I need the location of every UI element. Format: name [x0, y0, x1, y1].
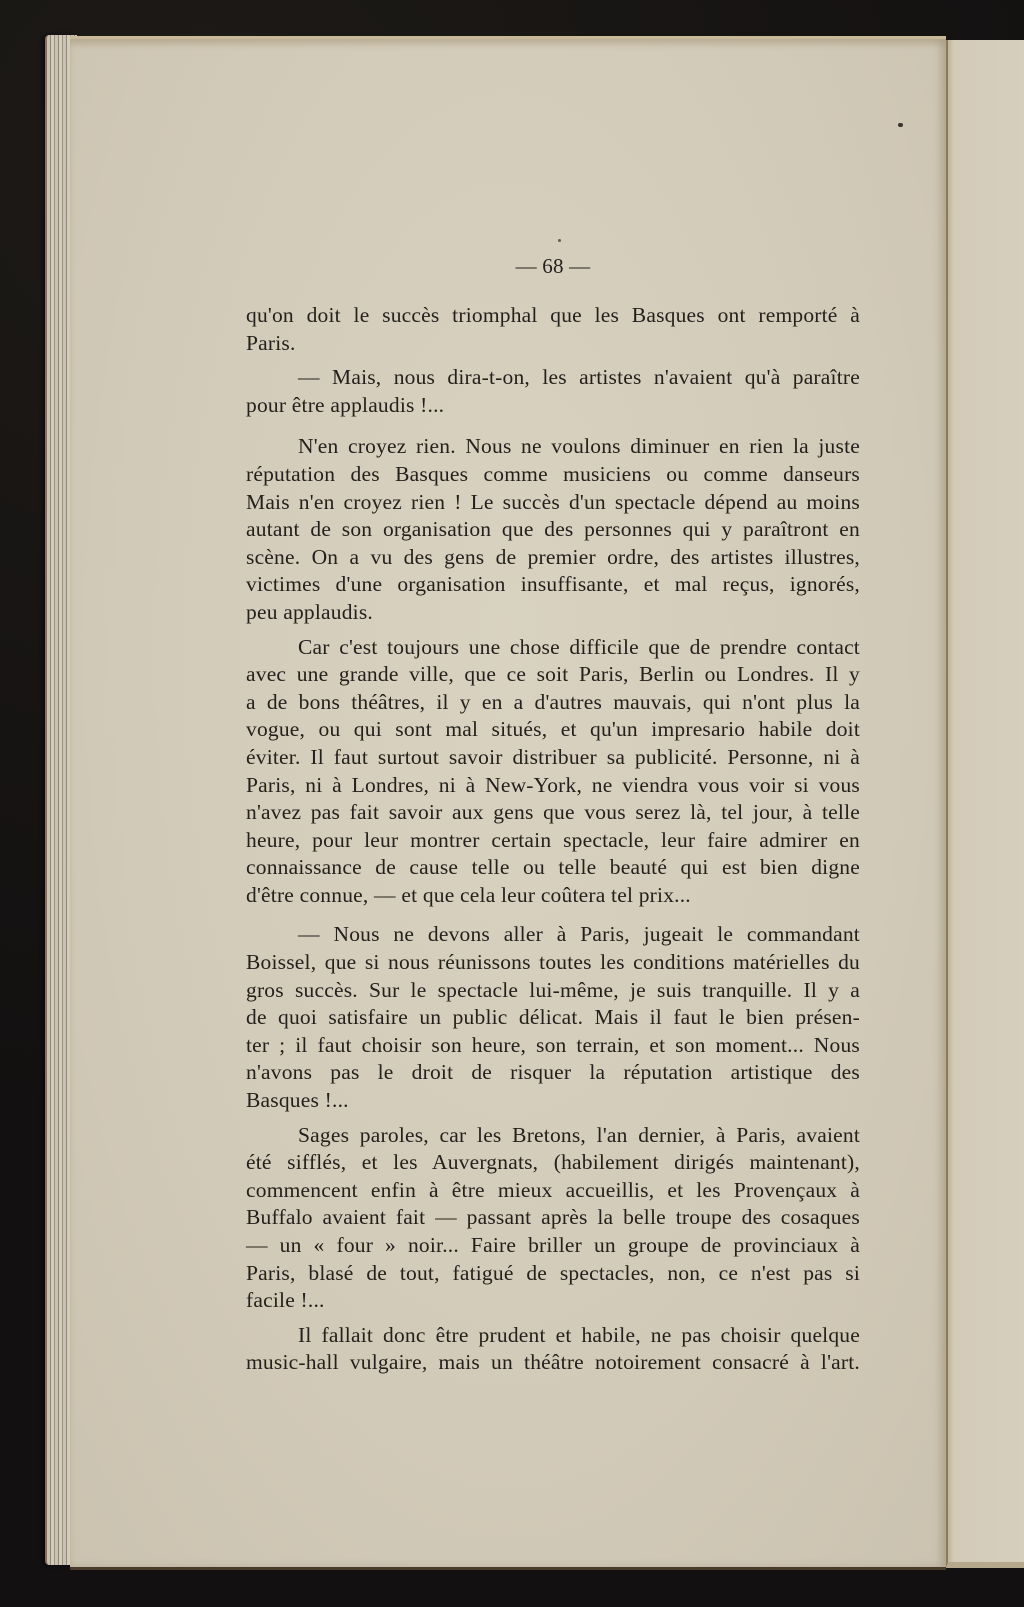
paragraph: Il fallait donc être prudent et habile, … [246, 1322, 860, 1377]
paragraph: Sages paroles, car les Bretons, l'an der… [246, 1122, 860, 1315]
paragraph: qu'on doit le succès triomphal que les B… [246, 302, 860, 357]
paragraph: — Nous ne devons aller à Paris, jugeait … [246, 921, 860, 1114]
text-line: N'en croyez rien. Nous ne voulons diminu… [246, 433, 860, 461]
text-line: — Nous ne devons aller à Paris, jugeait … [246, 921, 860, 949]
text-line: facile !... [246, 1287, 860, 1315]
text-line: Il fallait donc être prudent et habile, … [246, 1322, 860, 1350]
text-line: Sages paroles, car les Bretons, l'an der… [246, 1122, 860, 1150]
text-line: d'être connue, — et que cela leur coûter… [246, 882, 860, 910]
text-line: heure, pour leur montrer certain spectac… [246, 827, 860, 855]
text-line: a de bons théâtres, il y en a d'autres m… [246, 689, 860, 717]
text-line: music-hall vulgaire, mais un théâtre not… [246, 1349, 860, 1377]
text-line: ter ; il faut choisir son heure, son ter… [246, 1032, 860, 1060]
paragraph: — Mais, nous dira-t-on, les artistes n'a… [246, 364, 860, 419]
text-line: autant de son organisation que des perso… [246, 516, 860, 544]
text-line: vogue, ou qui sont mal situés, et qu'un … [246, 716, 860, 744]
text-line: de quoi satisfaire un public délicat. Ma… [246, 1004, 860, 1032]
facing-page [946, 40, 1024, 1568]
paper-speck [898, 123, 903, 127]
text-line: commencent enfin à être mieux accueillis… [246, 1177, 860, 1205]
text-line: n'avez pas fait savoir aux gens que vous… [246, 799, 860, 827]
text-line: été sifflés, et les Auvergnats, (habilem… [246, 1149, 860, 1177]
text-line: gros succès. Sur le spectacle lui-même, … [246, 977, 860, 1005]
paper-speck [558, 239, 561, 242]
text-line: réputation des Basques comme musiciens o… [246, 461, 860, 489]
text-line: avec une grande ville, que ce soit Paris… [246, 661, 860, 689]
text-line: victimes d'une organisation insuffisante… [246, 571, 860, 599]
text-line: scène. On a vu des gens de premier ordre… [246, 544, 860, 572]
page-number: — 68 — [246, 252, 860, 280]
paragraph: Car c'est toujours une chose difficile q… [246, 634, 860, 910]
text-line: qu'on doit le succès triomphal que les B… [246, 302, 860, 330]
text-line: Paris, blasé de tout, fatigué de spectac… [246, 1260, 860, 1288]
text-line: éviter. Il faut surtout savoir distribue… [246, 744, 860, 772]
text-line: connaissance de cause telle ou telle bea… [246, 854, 860, 882]
text-line: Buffalo avaient fait — passant après la … [246, 1204, 860, 1232]
text-line: Basques !... [246, 1087, 860, 1115]
text-line: peu applaudis. [246, 599, 860, 627]
text-line: — Mais, nous dira-t-on, les artistes n'a… [246, 364, 860, 392]
text-line: — un « four » noir... Faire briller un g… [246, 1232, 860, 1260]
text-line: Paris. [246, 330, 860, 358]
text-line: Paris, ni à Londres, ni à New-York, ne v… [246, 772, 860, 800]
text-line: Car c'est toujours une chose difficile q… [246, 634, 860, 662]
text-line: n'avons pas le droit de risquer la réput… [246, 1059, 860, 1087]
text-line: Mais n'en croyez rien ! Le succès d'un s… [246, 489, 860, 517]
text-block: — 68 — qu'on doit le succès triomphal qu… [246, 252, 860, 1377]
text-line: Boissel, que si nous réunissons toutes l… [246, 949, 860, 977]
paragraph: N'en croyez rien. Nous ne voulons diminu… [246, 433, 860, 626]
text-line: pour être applaudis !... [246, 392, 860, 420]
